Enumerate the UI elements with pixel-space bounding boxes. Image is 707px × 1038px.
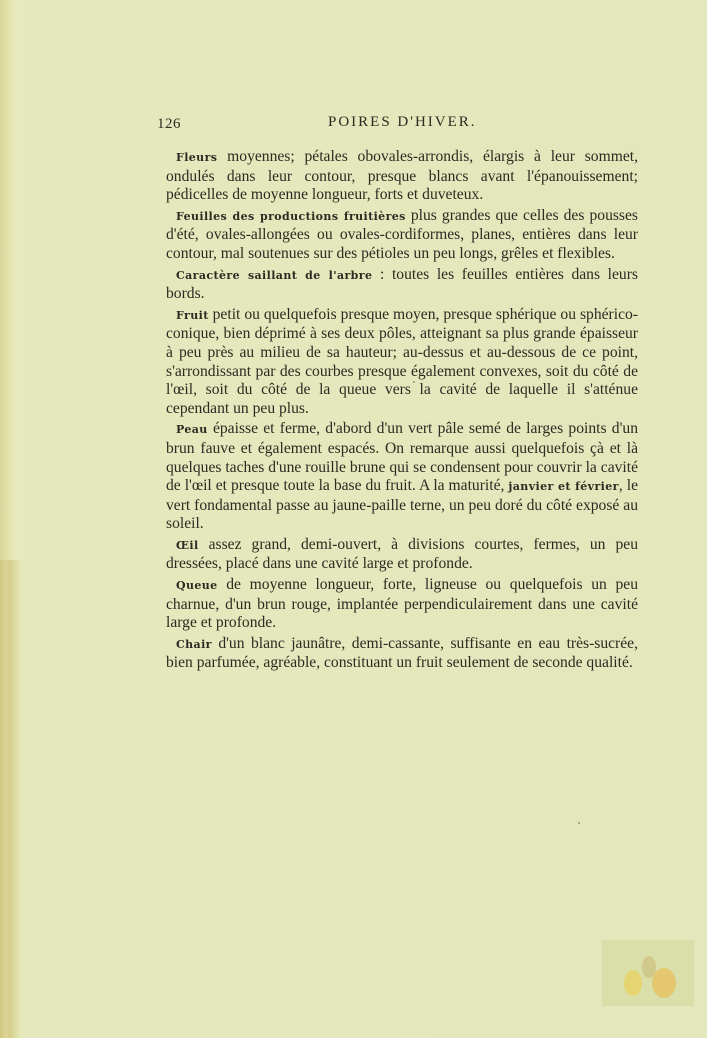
term-label: Chair xyxy=(176,638,212,651)
paragraph-tree-character: Caractère saillant de l'arbre : toutes l… xyxy=(166,266,638,304)
paragraph-text: de moyenne longueur, forte, ligneuse ou … xyxy=(166,576,638,631)
term-label: Œil xyxy=(176,539,199,552)
ripening-months: janvier et février xyxy=(508,480,618,493)
page-number: 126 xyxy=(157,116,181,133)
term-label: Fleurs xyxy=(176,151,217,164)
paragraph-eye: Œil assez grand, demi-ouvert, à division… xyxy=(166,536,638,574)
term-label: Queue xyxy=(176,579,218,592)
running-title: POIRES D'HIVER. xyxy=(328,114,477,131)
paragraph-skin: Peau épaisse et ferme, d'abord d'un vert… xyxy=(166,420,638,534)
term-label: Fruit xyxy=(176,309,209,322)
description-text: Fleurs moyennes; pétales obovales-arrond… xyxy=(166,148,638,675)
pear-icon xyxy=(652,968,676,998)
paragraph-text: assez grand, demi-ouvert, à divisions co… xyxy=(166,536,638,573)
paragraph-text: moyennes; pétales obovales-arrondis, éla… xyxy=(166,148,638,203)
term-label: Caractère saillant de l'arbre xyxy=(176,269,372,282)
paragraph-stalk: Queue de moyenne longueur, forte, ligneu… xyxy=(166,576,638,633)
paragraph-flesh: Chair d'un blanc jaunâtre, demi-cassante… xyxy=(166,635,638,673)
paragraph-fruit: Fruit petit ou quelquefois presque moyen… xyxy=(166,306,638,419)
pear-thumbnail-image xyxy=(602,940,694,1006)
term-label: Peau xyxy=(176,423,208,436)
paragraph-text: petit ou quelquefois presque moyen, pres… xyxy=(166,306,638,417)
page-header: 126 POIRES D'HIVER. xyxy=(157,116,669,138)
ink-speck xyxy=(413,381,415,383)
paragraph-text: d'un blanc jaunâtre, demi-cassante, suff… xyxy=(166,635,638,672)
term-label: Feuilles des productions fruitières xyxy=(176,210,406,223)
paragraph-flowers: Fleurs moyennes; pétales obovales-arrond… xyxy=(166,148,638,205)
paragraph-leaves: Feuilles des productions fruitières plus… xyxy=(166,207,638,264)
pear-icon xyxy=(624,970,642,996)
ink-speck xyxy=(578,822,580,824)
page-edge-stack xyxy=(0,560,22,1038)
